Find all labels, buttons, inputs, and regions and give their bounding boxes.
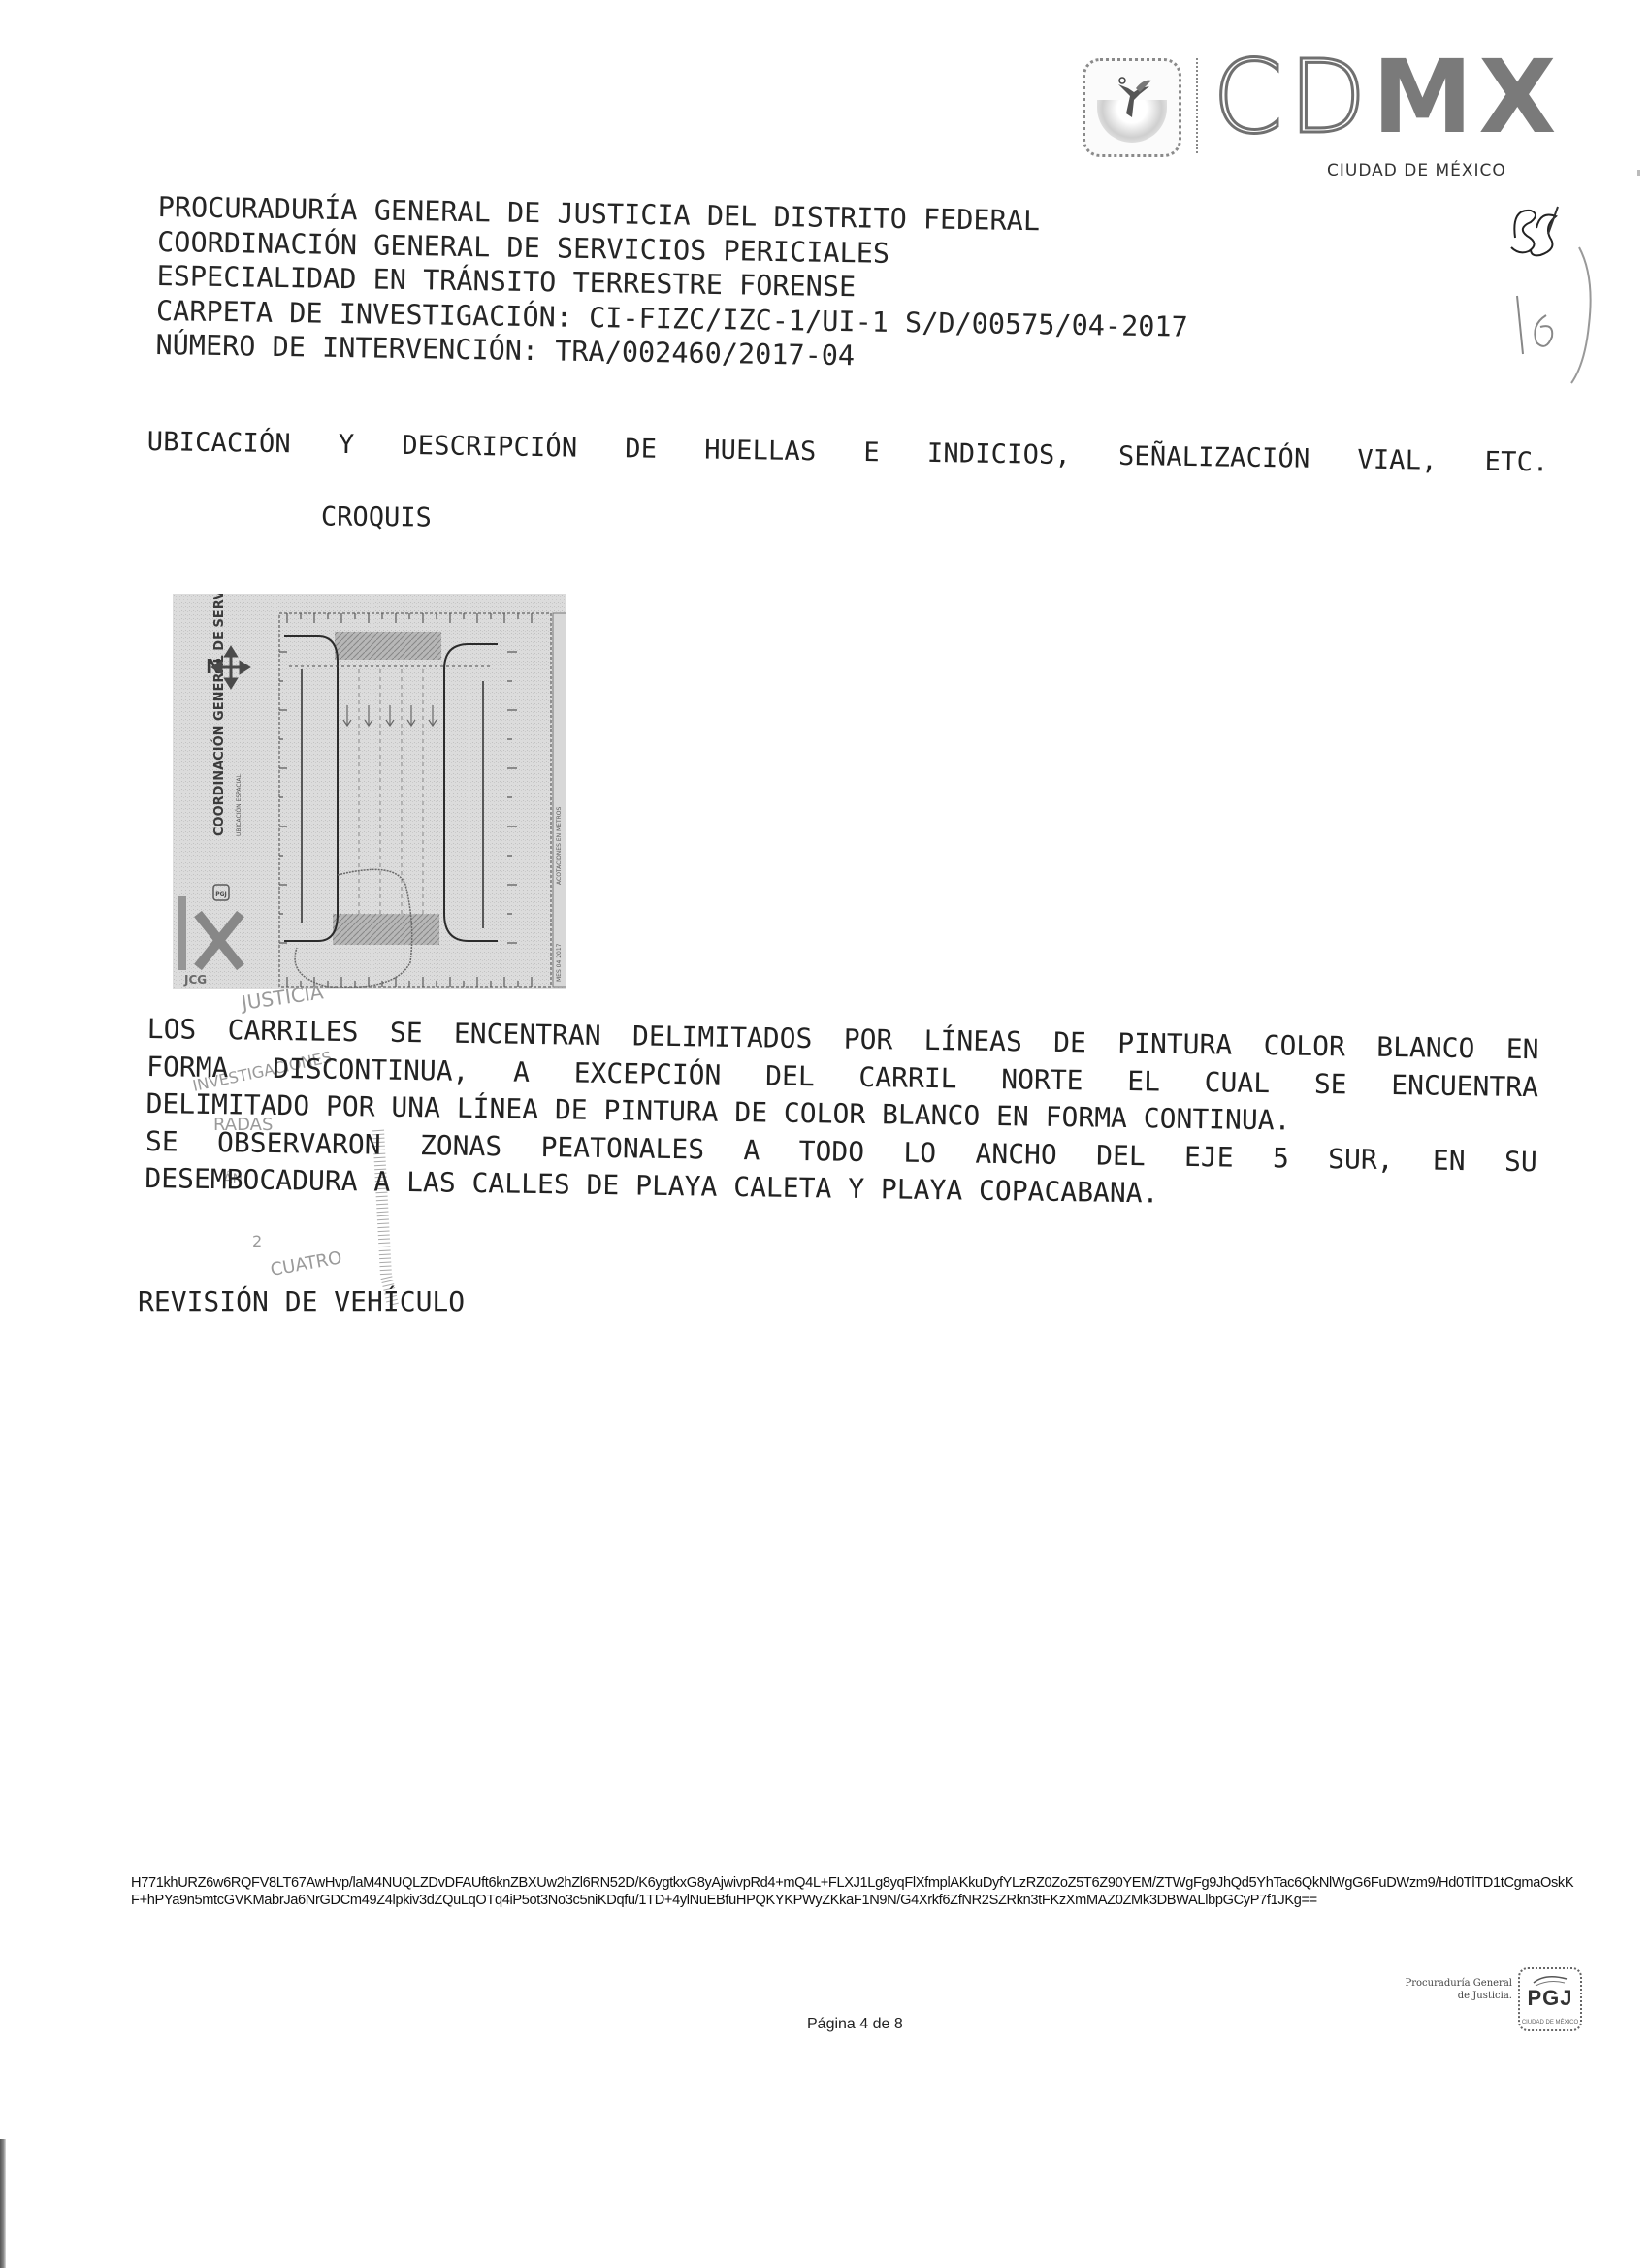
handwritten-folio-number xyxy=(1502,199,1608,393)
paragraph-word: DEL xyxy=(1096,1137,1146,1175)
scanner-edge-shadow xyxy=(0,2139,6,2268)
paragraph-word: BLANCO xyxy=(1376,1029,1475,1068)
paragraph-word: NORTE xyxy=(1001,1061,1083,1100)
title-word: SEÑALIZACIÓN xyxy=(1118,441,1310,474)
title-word: VIAL, xyxy=(1357,445,1438,476)
paragraph-word: DE xyxy=(1053,1024,1086,1062)
page-number: Página 4 de 8 xyxy=(807,2016,903,2033)
title-word: DE xyxy=(625,434,657,464)
wordmark-mx: MX xyxy=(1373,38,1563,156)
title-word: UBICACIÓN xyxy=(147,427,292,459)
vehicle-review-heading: REVISIÓN DE VEHÍCULO xyxy=(138,1285,465,1317)
wordmark-cd: CD xyxy=(1212,38,1373,156)
paragraph-word: LOS xyxy=(146,1011,196,1049)
paragraph-word: SE xyxy=(390,1015,423,1053)
paragraph-word: SUR, xyxy=(1328,1141,1394,1179)
paragraph-word: OBSERVARON xyxy=(217,1124,381,1164)
sketch-side-note-units: ACOTACIONES EN METROS xyxy=(556,807,563,885)
paragraph-word: ENCUENTRA xyxy=(1391,1067,1538,1107)
title-word: INDICIOS, xyxy=(927,438,1072,470)
paragraph-word: EN xyxy=(1505,1031,1538,1069)
scanner-mark xyxy=(1637,170,1640,176)
paragraph-word: A xyxy=(743,1132,760,1170)
pgj-letters: PGJ xyxy=(1520,1986,1580,2011)
document-header: PROCURADURÍA GENERAL DE JUSTICIA DEL DIS… xyxy=(155,190,1189,378)
sketch-title: COORDINACIÓN GENERAL DE SERVICIOS PERICI… xyxy=(211,594,227,836)
description-paragraph: LOSCARRILESSEENCENTRANDELIMITADOSPORLÍNE… xyxy=(145,1011,1539,1218)
pgj-logo: PGJ CIUDAD DE MÉXICO xyxy=(1518,1967,1582,2031)
paragraph-word: EN xyxy=(1433,1142,1466,1180)
logo-subtitle: CIUDAD DE MÉXICO xyxy=(1327,161,1506,180)
paragraph-word: SU xyxy=(1504,1143,1537,1181)
paragraph-word: DELIMITADOS xyxy=(632,1018,813,1057)
paragraph-word: CUAL xyxy=(1204,1064,1270,1102)
paragraph-word: TODO xyxy=(798,1132,864,1170)
title-word: ETC. xyxy=(1484,446,1548,477)
title-word: Y xyxy=(339,430,355,460)
cdmx-wordmark: CDMX xyxy=(1212,47,1562,147)
paragraph-word: LO xyxy=(903,1134,936,1172)
paragraph-word: PINTURA xyxy=(1117,1025,1233,1064)
paragraph-word: ZONAS xyxy=(420,1127,502,1166)
angel-of-independence-icon xyxy=(1111,75,1153,123)
paragraph-word: SE xyxy=(1314,1065,1347,1103)
paragraph-word: CARRIL xyxy=(858,1058,957,1097)
paragraph-word: CARRILES xyxy=(227,1012,358,1051)
paragraph-word: PEATONALES xyxy=(540,1129,704,1169)
paragraph-word: POR xyxy=(843,1021,892,1059)
document-page: CDMX CIUDAD DE MÉXICO PROCURADURÍA GENER… xyxy=(0,0,1649,2268)
pgj-agency-name: Procuraduría General de Justicia. xyxy=(1391,1977,1512,2002)
pgj-subtitle: CIUDAD DE MÉXICO xyxy=(1520,2020,1580,2025)
logo-divider xyxy=(1196,58,1198,153)
croquis-label: CROQUIS xyxy=(321,502,432,534)
sketch-subtitle: UBICACIÓN ESPACIAL xyxy=(236,774,242,836)
pgj-agency-line1: Procuraduría General xyxy=(1391,1977,1512,1990)
pgj-agency-line2: de Justicia. xyxy=(1391,1990,1512,2002)
title-word: E xyxy=(863,437,880,468)
title-word: DESCRIPCIÓN xyxy=(402,431,577,464)
sketch-pgj-badge: PGJ xyxy=(215,891,227,898)
paragraph-word: SE xyxy=(145,1122,178,1160)
paragraph-word: 5 xyxy=(1273,1140,1289,1178)
svg-text:CUATRO: CUATRO xyxy=(269,1247,343,1280)
croquis-sketch: COORDINACIÓN GENERAL DE SERVICIOS PERICI… xyxy=(173,594,566,989)
paragraph-word: EL xyxy=(1127,1062,1160,1100)
paragraph-word: A xyxy=(513,1053,530,1091)
svg-text:2: 2 xyxy=(252,1232,262,1250)
pgj-swoosh-icon xyxy=(1532,1973,1568,1987)
sketch-side-note-date: MES 04 2017 xyxy=(556,943,563,982)
paragraph-word: FORMA xyxy=(146,1048,229,1086)
electronic-signature-hash: H771khURZ6w6RQFV8LT67AwHvp/laM4NUQLZDvDF… xyxy=(131,1874,1578,1909)
cdmx-emblem xyxy=(1083,58,1181,157)
road-diagram: COORDINACIÓN GENERAL DE SERVICIOS PERICI… xyxy=(173,594,566,989)
paragraph-word: COLOR xyxy=(1263,1027,1345,1066)
paragraph-word: ANCHO xyxy=(975,1135,1057,1174)
paragraph-word: LÍNEAS xyxy=(923,1022,1022,1061)
paragraph-word: DISCONTINUA, xyxy=(273,1050,469,1089)
section-title: UBICACIÓN Y DESCRIPCIÓN DE HUELLAS E IND… xyxy=(147,427,1549,477)
paragraph-word: ENCENTRAN xyxy=(454,1016,601,1055)
paragraph-word: DEL xyxy=(765,1057,815,1095)
sketch-partial-logo: JCG xyxy=(183,973,207,987)
paragraph-word: EJE xyxy=(1184,1138,1234,1176)
title-word: HUELLAS xyxy=(704,436,817,468)
paragraph-word: EXCEPCIÓN xyxy=(573,1054,721,1094)
